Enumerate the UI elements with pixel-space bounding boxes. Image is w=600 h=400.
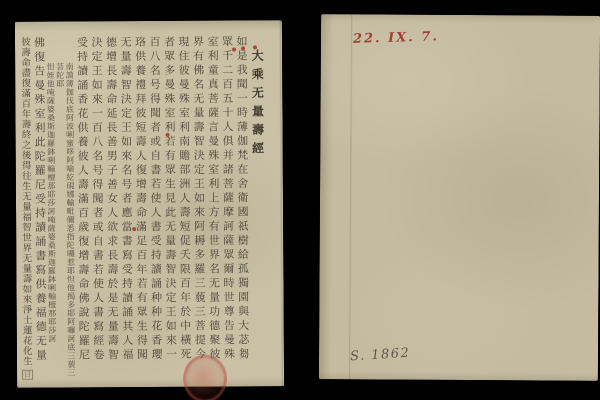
sutra-text-column: 无量壽智決定王如來名号者應當書寫受持讀誦其人福 bbox=[117, 36, 134, 381]
sutra-text-column: 德增長壽命延長善男子善女人欲求長壽於是无量壽智 bbox=[103, 36, 120, 381]
collation-dot bbox=[132, 227, 136, 231]
site-number-inscription: 22. IX. 7. bbox=[353, 29, 439, 46]
sutra-text-column: 珞供養禮拜彼短壽人復增壽命滿足百年若有眾生得聞 bbox=[132, 36, 149, 381]
sutra-text-column: 百八名号得聞者或自書若使人書受持讀誦种种花香瓔 bbox=[146, 36, 163, 381]
sutra-text-column: 現住彼曼殊室利南贍部洲人壽短促夭限百年於中橫死 bbox=[175, 36, 192, 381]
quire-mark: 日 bbox=[22, 370, 33, 380]
manuscript-verso-page: 22. IX. 7. S. 1862 bbox=[319, 14, 600, 381]
collation-dot bbox=[241, 46, 245, 50]
collation-dot bbox=[253, 45, 257, 49]
photo-background: 大乘无量壽經 如是我聞一時薄伽梵在舍衛國祇樹給孤獨園與大苾芻 眾千二百五十人俱并… bbox=[0, 0, 600, 400]
sutra-text-column: 眾千二百五十人俱并諸菩薩摩訶薩眾爾時世尊告曼殊 bbox=[219, 35, 236, 380]
red-seal-stamp bbox=[183, 355, 227, 400]
sutra-title-column: 大乘无量壽經 bbox=[248, 35, 267, 380]
sutra-text-column: 彼壽命盡復滿百年壽終之後得往生无量福智世界无量壽如來淨土蓮花化生 bbox=[18, 37, 33, 382]
sutra-text-column: 決定王如來一百八名号得聞者或自書若使人書寫經卷 bbox=[88, 36, 105, 381]
sutra-text-block: 大乘无量壽經 如是我聞一時薄伽梵在舍衛國祇樹給孤獨園與大苾芻 眾千二百五十人俱并… bbox=[17, 35, 267, 382]
manuscript-recto-page: 大乘无量壽經 如是我聞一時薄伽梵在舍衛國祇樹給孤獨園與大苾芻 眾千二百五十人俱并… bbox=[15, 20, 284, 388]
sutra-text-column: 者眾多曼殊室利若有眾生見此无量壽智決定王如來一 bbox=[161, 36, 178, 381]
fold-line bbox=[279, 20, 283, 386]
sutra-text-column: 受持讀誦香花供養彼人壽滿百歲復增壽命佛說陀羅尼 bbox=[74, 36, 91, 381]
stein-catalog-number: S. 1862 bbox=[350, 346, 411, 365]
sutra-text-column: 如是我聞一時薄伽梵在舍衛國祇樹給孤獨園與大苾芻 bbox=[233, 35, 250, 380]
collation-dot bbox=[166, 133, 170, 137]
sutra-text-column: 室利童真菩薩言曼殊室利上方有世界名无量功德聚彼 bbox=[204, 36, 221, 381]
sutra-text-column: 佛復告曼殊室利此陀羅尼受持讀誦書寫供養福德无量 bbox=[31, 37, 48, 382]
collation-dot bbox=[232, 47, 236, 51]
dharani-small-column: 南謨薄伽伐底阿波唎蜜哆阿喻紇硯娜輸毗儞悉指陀囉惹耶怛他揭多耶阿囉訶底三藐三菩陀耶 bbox=[55, 36, 76, 381]
sutra-text-column: 界有佛名无量壽智決定王如來阿耨多羅三藐三菩提今 bbox=[190, 36, 207, 381]
crease-line bbox=[349, 14, 353, 379]
